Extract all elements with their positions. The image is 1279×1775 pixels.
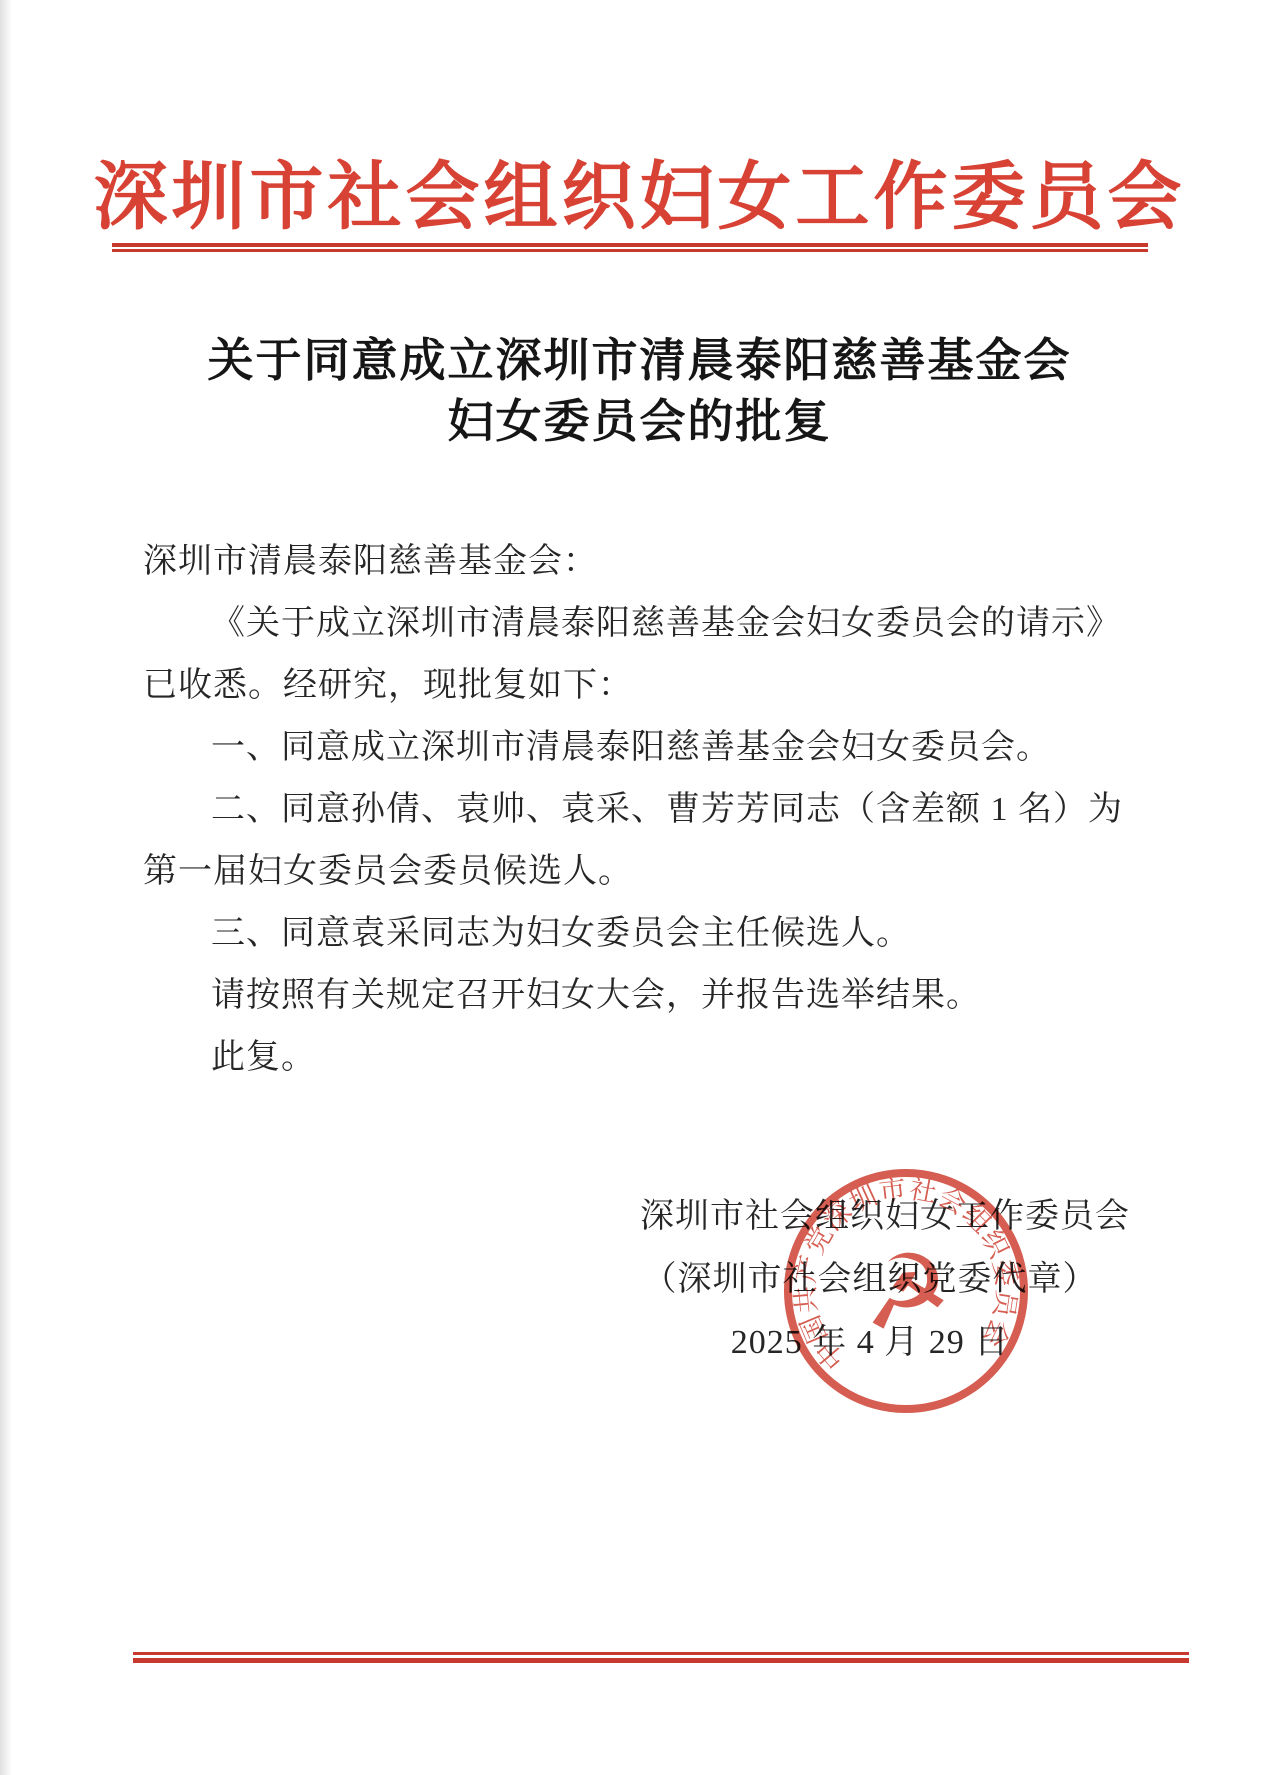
header-divider-thick-line (112, 243, 1148, 247)
body-line-closing: 此复。 (143, 1027, 1123, 1089)
body-line-request-title: 《关于成立深圳市清晨泰阳慈善基金会妇女委员会的请示》 (143, 593, 1123, 655)
signature-note: （深圳市社会组织党委代章） (640, 1248, 1100, 1311)
salutation-line: 深圳市清晨泰阳慈善基金会： (143, 531, 1123, 593)
body-line-item-2: 二、同意孙倩、袁帅、袁采、曹芳芳同志（含差额 1 名）为 (143, 779, 1123, 841)
document-title-line-1: 关于同意成立深圳市清晨泰阳慈善基金会 (208, 335, 1072, 386)
footer-divider-thick-line (133, 1658, 1189, 1663)
body-line-received: 已收悉。经研究，现批复如下： (143, 655, 1123, 717)
footer-divider-thin-line (133, 1652, 1189, 1655)
footer-divider (133, 1652, 1189, 1663)
body-line-item-1: 一、同意成立深圳市清晨泰阳慈善基金会妇女委员会。 (143, 717, 1123, 779)
header-divider (112, 243, 1148, 252)
document-body: 深圳市清晨泰阳慈善基金会： 《关于成立深圳市清晨泰阳慈善基金会妇女委员会的请示》… (143, 531, 1123, 1089)
body-line-instruction: 请按照有关规定召开妇女大会，并报告选举结果。 (143, 965, 1123, 1027)
document-page: 深圳市社会组织妇女工作委员会 关于同意成立深圳市清晨泰阳慈善基金会 妇女委员会的… (0, 0, 1279, 1775)
document-title-line-2: 妇女委员会的批复 (448, 396, 832, 447)
body-line-item-2-cont: 第一届妇女委员会委员候选人。 (143, 841, 1123, 903)
body-line-item-3: 三、同意袁采同志为妇女委员会主任候选人。 (143, 903, 1123, 965)
header-divider-thin-line (112, 249, 1148, 252)
signature-org: 深圳市社会组织妇女工作委员会 (640, 1185, 1100, 1248)
signature-block: 深圳市社会组织妇女工作委员会 （深圳市社会组织党委代章） 2025 年 4 月 … (640, 1185, 1100, 1374)
letterhead-title: 深圳市社会组织妇女工作委员会 (0, 138, 1279, 244)
signature-date: 2025 年 4 月 29 日 (640, 1311, 1100, 1374)
document-title: 关于同意成立深圳市清晨泰阳慈善基金会 妇女委员会的批复 (0, 330, 1279, 452)
